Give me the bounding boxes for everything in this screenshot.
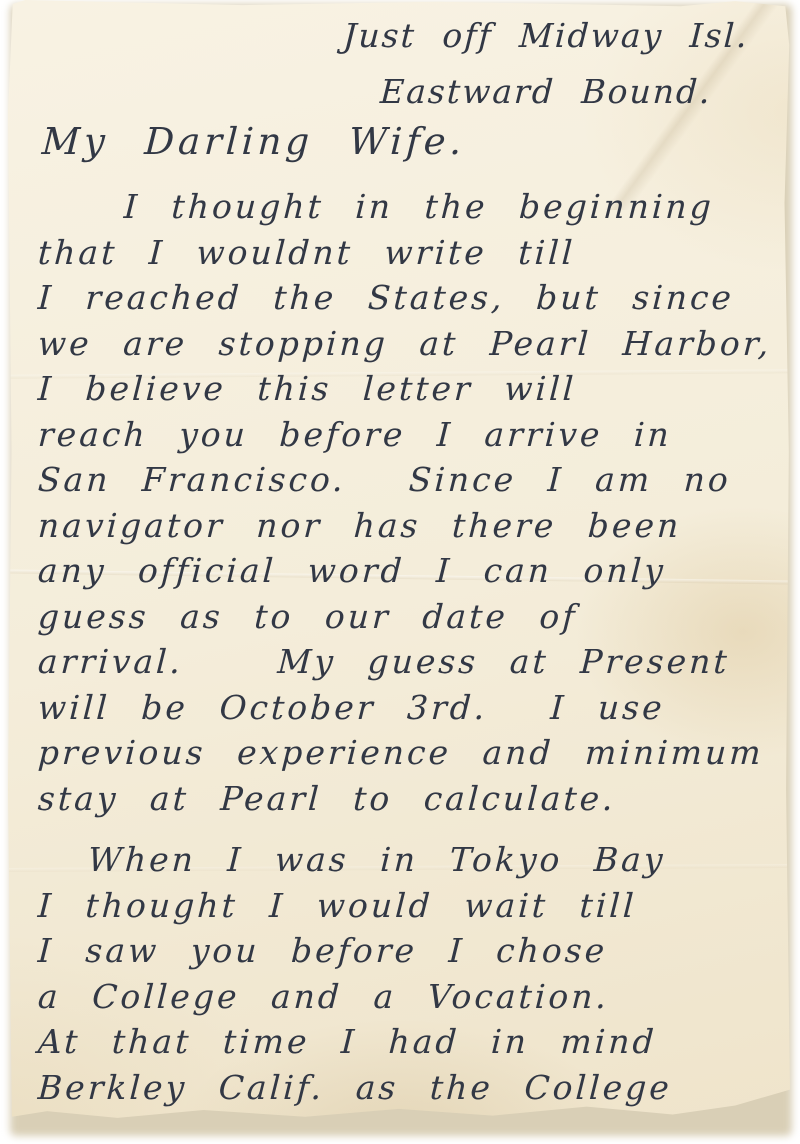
body-line: arrival. My guess at Present <box>37 639 787 685</box>
scan-background: { "page": { "background_color": "#ffffff… <box>0 0 800 1144</box>
body-line: I thought I would wait till <box>37 883 787 929</box>
body-line: stay at Pearl to calculate. <box>37 776 787 822</box>
body-line: that I wouldnt write till <box>37 230 787 276</box>
letter-heading: Just off Midway Isl. Eastward Bound. <box>328 8 764 120</box>
body-line: I believe this letter will <box>37 366 787 412</box>
body-line: guess as to our date of <box>37 594 787 640</box>
body-line: When I was in Tokyo Bay <box>37 837 787 883</box>
body-line: San Francisco. Since I am no <box>37 457 787 503</box>
body-line: reach you before I arrive in <box>37 412 787 458</box>
body-line: a College and a Vocation. <box>37 974 787 1020</box>
body-line: will be October 3rd. I use <box>37 685 787 731</box>
body-line: navigator nor has there been <box>37 503 787 549</box>
letter-body: I thought in the beginningthat I wouldnt… <box>38 184 786 1110</box>
salutation: My Darling Wife. <box>41 120 467 163</box>
body-line: any official word I can only <box>37 548 787 594</box>
letter-page: Just off Midway Isl. Eastward Bound. My … <box>8 0 790 1128</box>
body-line: we are stopping at Pearl Harbor, <box>37 321 787 367</box>
heading-direction-line: Eastward Bound. <box>327 64 766 120</box>
body-line: I saw you before I chose <box>37 928 787 974</box>
body-line: Berkley Calif. as the College <box>37 1065 787 1111</box>
body-line: I reached the States, but since <box>37 275 787 321</box>
heading-location-line: Just off Midway Isl. <box>327 8 766 64</box>
body-line: previous experience and minimum <box>37 730 787 776</box>
body-line: I thought in the beginning <box>37 184 787 230</box>
body-line: At that time I had in mind <box>37 1019 787 1065</box>
